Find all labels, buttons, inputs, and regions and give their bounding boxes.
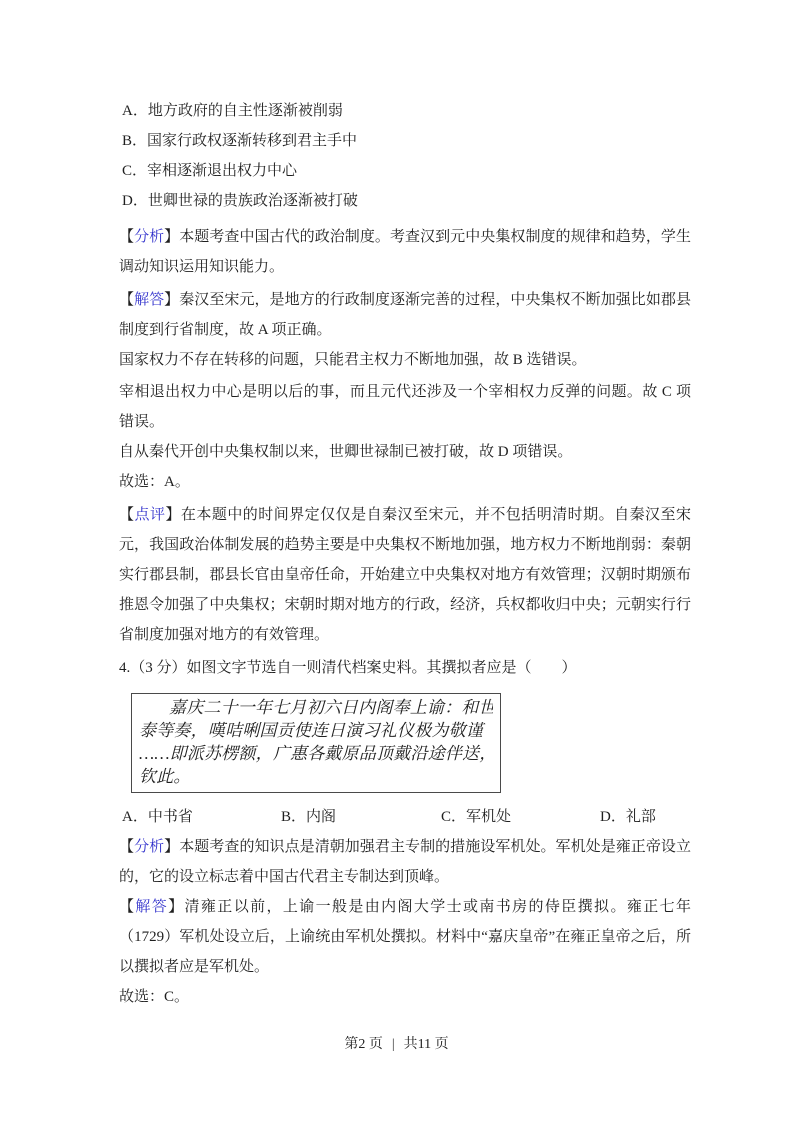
question3-answer-conclusion: 故选：A。 <box>119 467 691 497</box>
excerpt-line: ……即派苏楞额，广惠各戴原品顶戴沿途伴送， <box>139 742 493 765</box>
option-b: B．国家行政权逐渐转移到君主手中 <box>119 126 691 156</box>
option-text: 内阁 <box>306 809 336 825</box>
comment-label: 点评 <box>134 507 165 523</box>
question-number: 4. <box>119 660 130 676</box>
option-text: 地方政府的自主性逐渐被削弱 <box>148 103 343 119</box>
option-a: A．地方政府的自主性逐渐被削弱 <box>119 96 691 126</box>
option-key: B． <box>281 809 306 825</box>
excerpt-line: 嘉庆二十一年七月初六日内阁奉上谕：和世 <box>139 696 493 719</box>
option-text: 国家行政权逐渐转移到君主手中 <box>147 133 357 149</box>
bracket-close: 】 <box>164 839 179 855</box>
bracket-close: 】 <box>168 899 184 915</box>
answer-label: 解答 <box>135 899 168 915</box>
question-score: （3 分） <box>130 660 186 676</box>
option-key: C． <box>441 809 466 825</box>
bracket-close: 】 <box>164 292 179 308</box>
question-text: 如图文字节选自一则清代档案史料。其撰拟者应是（ ） <box>187 660 577 676</box>
option-b: B．内阁 <box>281 802 441 832</box>
comment-text: 在本题中的时间界定仅仅是自秦汉至宋元，并不包括明清时期。自秦汉至宋元，我国政治体… <box>119 507 691 643</box>
page-content: A．地方政府的自主性逐渐被削弱 B．国家行政权逐渐转移到君主手中 C．宰相逐渐退… <box>119 96 691 1012</box>
option-text: 中书省 <box>148 809 193 825</box>
question4-answer-conclusion: 故选：C。 <box>119 982 691 1012</box>
analysis-text: 本题考查的知识点是清朝加强君主专制的措施设军机处。军机处是雍正帝设立的，它的设立… <box>119 839 691 885</box>
question3-analysis-paragraph: 【分析】本题考查中国古代的政治制度。考查汉到元中央集权制度的规律和趋势，学生调动… <box>119 222 691 282</box>
bracket-open: 【 <box>119 229 134 245</box>
question3-answer-paragraph: 【解答】秦汉至宋元，是地方的行政制度逐渐完善的过程，中央集权不断加强比如郡县制度… <box>119 285 691 345</box>
option-text: 世卿世禄的贵族政治逐渐被打破 <box>148 193 358 209</box>
bracket-close: 】 <box>164 229 179 245</box>
option-key: D． <box>600 809 626 825</box>
question4-options: A．中书省 B．内阁 C．军机处 D．礼部 <box>119 802 691 832</box>
question3-answer-extra-3: 自从秦代开创中央集权制以来，世卿世禄制已被打破，故 D 项错误。 <box>119 437 691 467</box>
analysis-label: 分析 <box>134 229 164 245</box>
option-key: A． <box>122 103 148 119</box>
option-c: C．宰相逐渐退出权力中心 <box>119 156 691 186</box>
answer-text: 秦汉至宋元，是地方的行政制度逐渐完善的过程，中央集权不断加强比如郡县制度到行省制… <box>119 292 691 338</box>
option-key: A． <box>122 809 148 825</box>
bracket-open: 【 <box>119 292 134 308</box>
option-d: D．礼部 <box>600 802 691 832</box>
question3-comment-paragraph: 【点评】在本题中的时间界定仅仅是自秦汉至宋元，并不包括明清时期。自秦汉至宋元，我… <box>119 500 691 650</box>
option-c: C．军机处 <box>441 802 600 832</box>
analysis-label: 分析 <box>134 839 164 855</box>
bracket-close: 】 <box>165 507 180 523</box>
answer-text: 清雍正以前，上谕一般是由内阁大学士或南书房的侍臣撰拟。雍正七年（1729）军机处… <box>119 899 691 975</box>
option-key: D． <box>122 193 148 209</box>
question3-options: A．地方政府的自主性逐渐被削弱 B．国家行政权逐渐转移到君主手中 C．宰相逐渐退… <box>119 96 691 216</box>
archive-excerpt-box: 嘉庆二十一年七月初六日内阁奉上谕：和世 泰等奏，嘆咭唎国贡使连日演习礼仪极为敬谨… <box>131 693 501 793</box>
page-footer: 第2 页|共11 页 <box>0 1030 793 1060</box>
excerpt-line: 泰等奏，嘆咭唎国贡使连日演习礼仪极为敬谨 <box>139 719 493 742</box>
option-d: D．世卿世禄的贵族政治逐渐被打破 <box>119 186 691 216</box>
option-key: B． <box>122 133 147 149</box>
answer-label: 解答 <box>134 292 164 308</box>
question4-stem: 4.（3 分）如图文字节选自一则清代档案史料。其撰拟者应是（ ） <box>119 653 691 683</box>
analysis-text: 本题考查中国古代的政治制度。考查汉到元中央集权制度的规律和趋势，学生调动知识运用… <box>119 229 691 275</box>
excerpt-line: 钦此。 <box>139 765 493 788</box>
bracket-open: 【 <box>119 507 134 523</box>
question4-answer-paragraph: 【解答】清雍正以前，上谕一般是由内阁大学士或南书房的侍臣撰拟。雍正七年（1729… <box>119 892 691 982</box>
option-a: A．中书省 <box>122 802 281 832</box>
footer-total-pages: 共11 页 <box>404 1037 449 1052</box>
footer-separator: | <box>392 1037 395 1052</box>
bracket-open: 【 <box>119 899 135 915</box>
option-key: C． <box>122 163 147 179</box>
option-text: 宰相逐渐退出权力中心 <box>147 163 297 179</box>
option-text: 礼部 <box>626 809 656 825</box>
question3-answer-extra-1: 国家权力不存在转移的问题，只能君主权力不断地加强，故 B 选错误。 <box>119 345 691 375</box>
option-text: 军机处 <box>466 809 511 825</box>
question3-answer-extra-2: 宰相退出权力中心是明以后的事，而且元代还涉及一个宰相权力反弹的问题。故 C 项错… <box>119 377 691 437</box>
footer-page-number: 第2 页 <box>344 1037 383 1052</box>
bracket-open: 【 <box>119 839 134 855</box>
question4-analysis-paragraph: 【分析】本题考查的知识点是清朝加强君主专制的措施设军机处。军机处是雍正帝设立的，… <box>119 832 691 892</box>
